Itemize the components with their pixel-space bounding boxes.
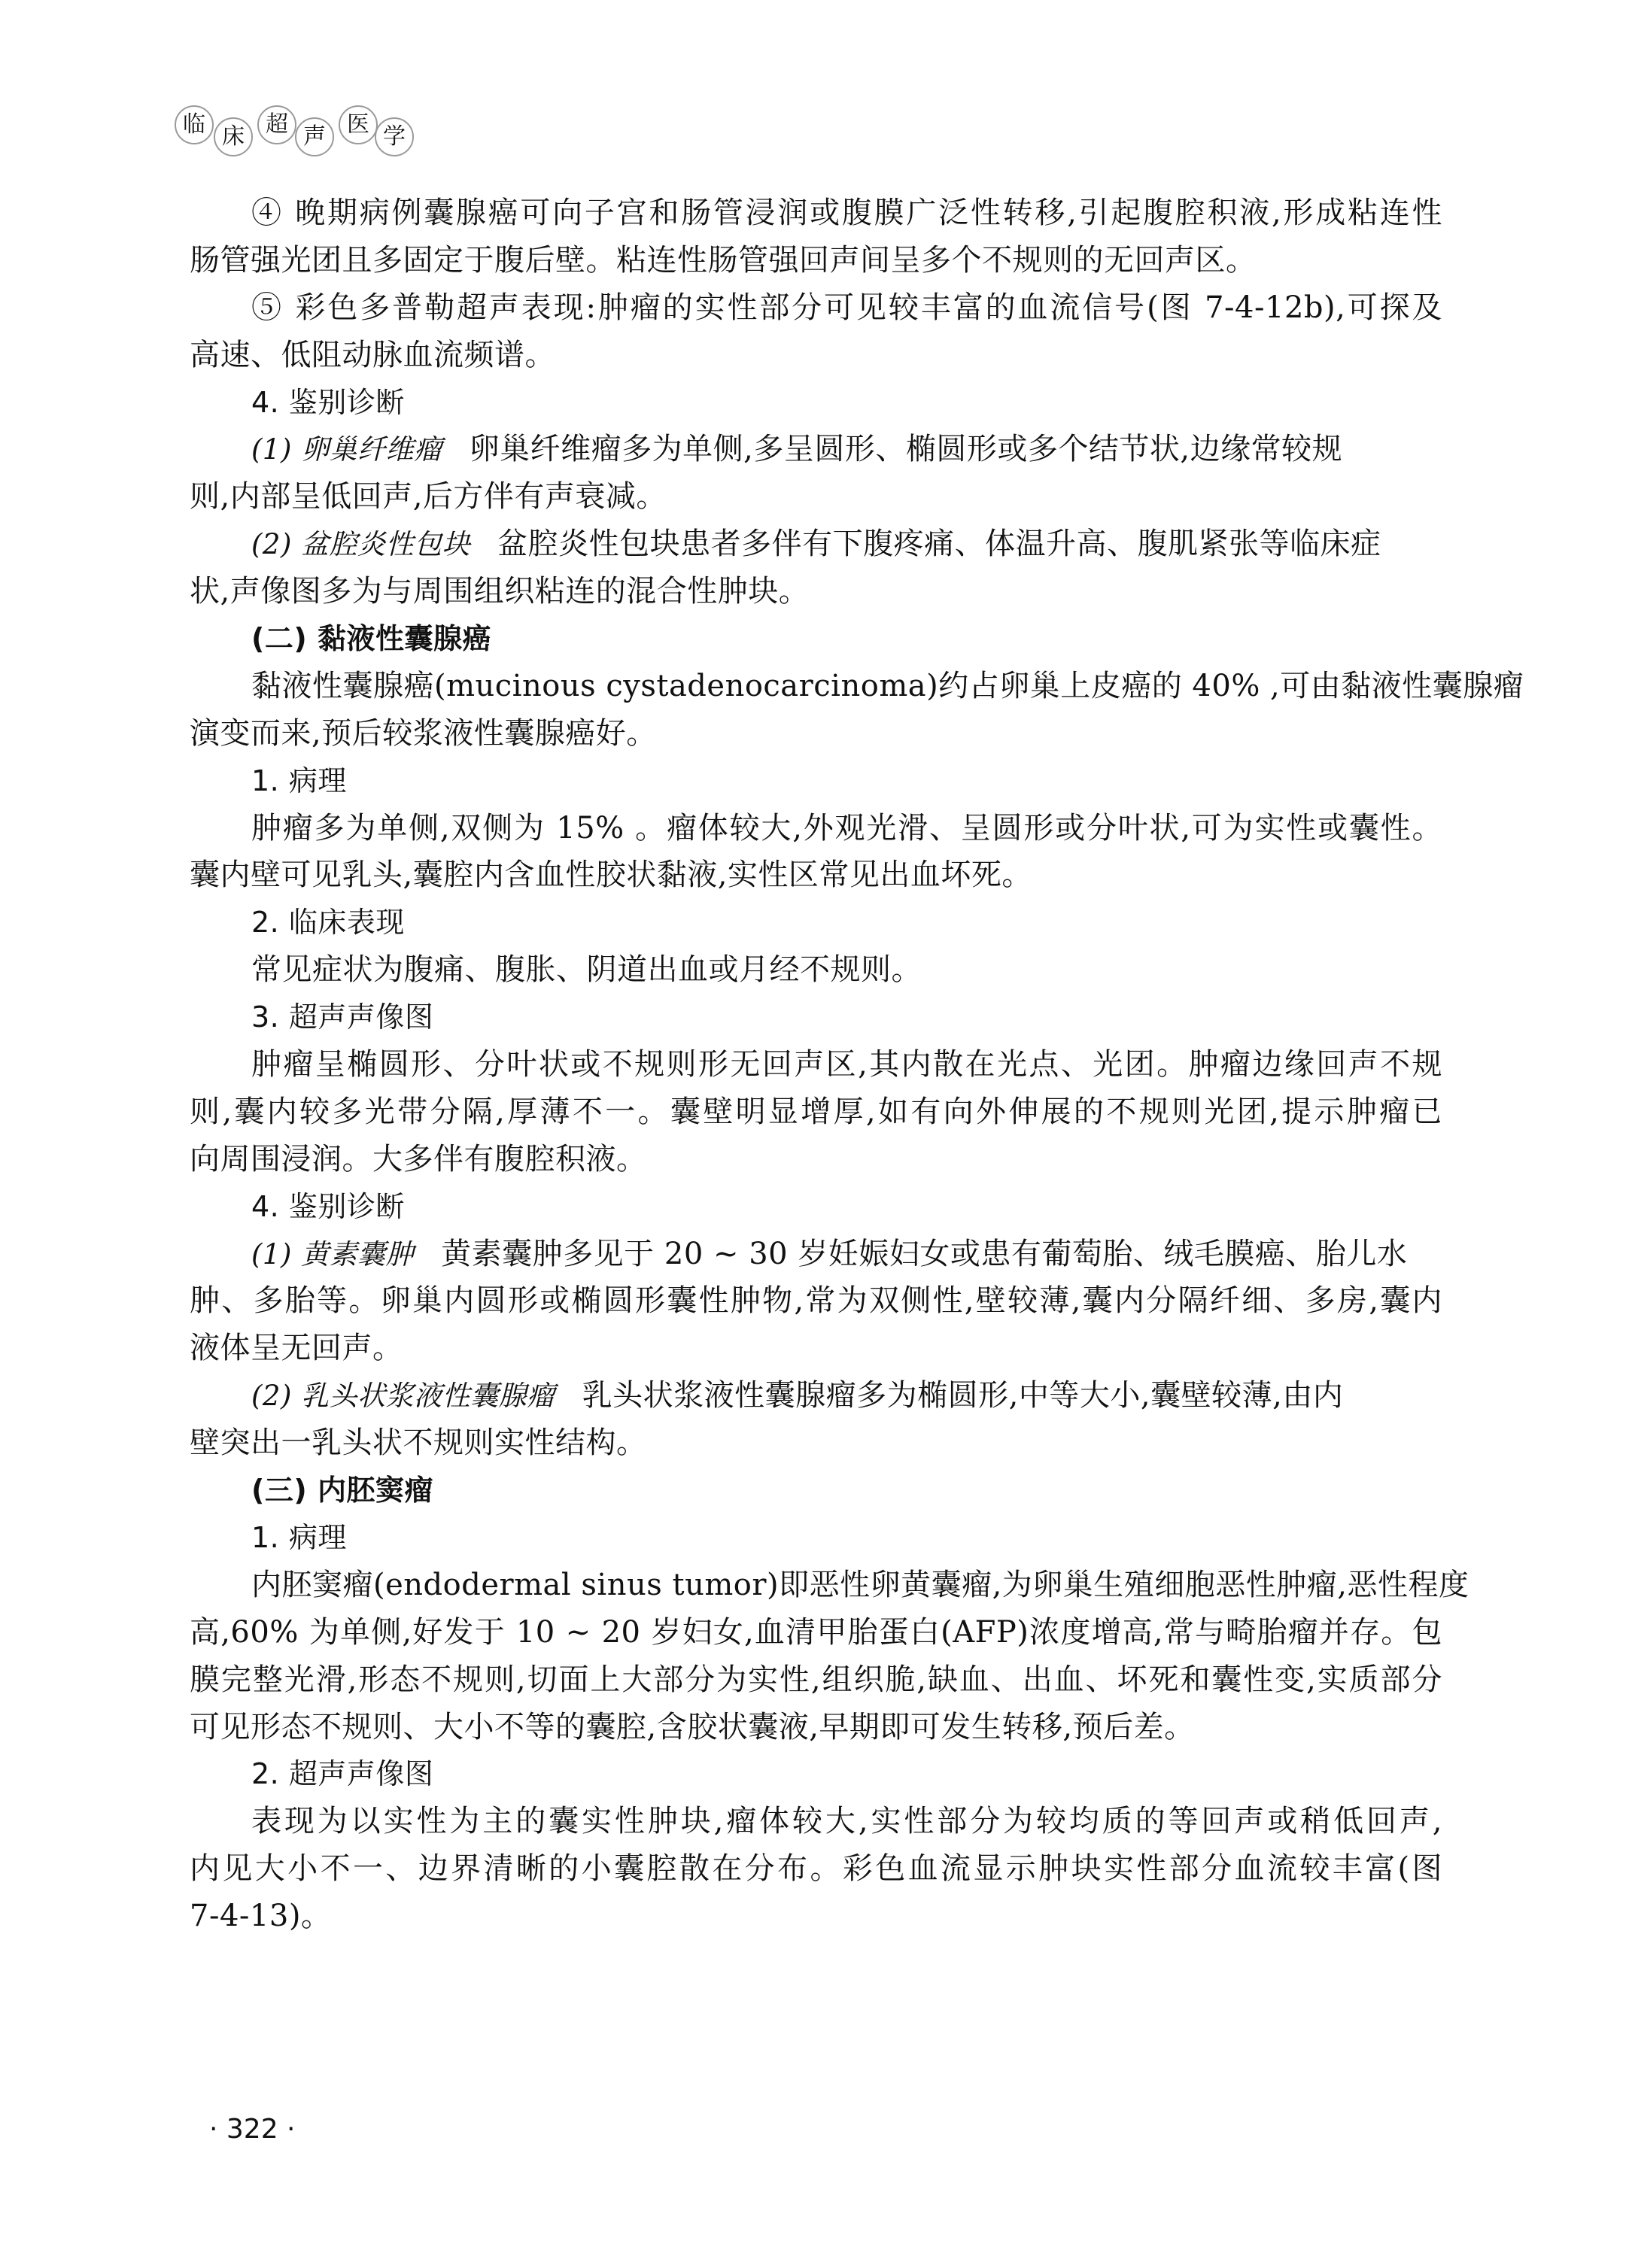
- item-label: (1) 黄素囊肿: [251, 1238, 414, 1271]
- book-title-logo: 临 床 超 声 医 学: [175, 102, 430, 165]
- section-heading-text: 1. 病理: [251, 764, 347, 797]
- paragraph-line: 演变而来,预后较浆液性囊腺癌好。: [190, 710, 1442, 758]
- paragraph-line: 表现为以实性为主的囊实性肿块,瘤体较大,实性部分为较均质的等回声或稍低回声,: [190, 1798, 1442, 1845]
- differential-item: (1) 卵巢纤维瘤卵巢纤维瘤多为单侧,多呈圆形、椭圆形或多个结节状,边缘常较规: [190, 426, 1442, 473]
- subsection-heading-text: (二) 黏液性囊腺癌: [251, 622, 491, 655]
- logo-char-circle: 学: [375, 117, 414, 156]
- logo-char-circle: 床: [214, 117, 253, 156]
- paragraph-line: 则,内部呈低回声,后方伴有声衰减。: [190, 473, 1442, 521]
- paragraph-line: 肿瘤多为单侧,双侧为 15% 。瘤体较大,外观光滑、呈圆形或分叶状,可为实性或囊…: [190, 805, 1442, 852]
- logo-char-circle: 声: [295, 117, 334, 156]
- section-heading-text: 4. 鉴别诊断: [251, 1190, 405, 1223]
- page-body-text: ④ 晚期病例囊腺癌可向子宫和肠管浸润或腹膜广泛性转移,引起腹腔积液,形成粘连性肠…: [190, 190, 1442, 1940]
- paragraph-line: 向周围浸润。大多伴有腹腔积液。: [190, 1136, 1442, 1183]
- section-heading-text: 3. 超声声像图: [251, 1000, 433, 1034]
- section-heading: 4. 鉴别诊断: [190, 379, 1442, 427]
- item-text: 乳头状浆液性囊腺瘤多为椭圆形,中等大小,囊壁较薄,由内: [582, 1378, 1344, 1413]
- paragraph-line: 高速、低阻动脉血流频谱。: [190, 332, 1442, 379]
- paragraph-line: 肠管强光团且多固定于腹后壁。粘连性肠管强回声间呈多个不规则的无回声区。: [190, 237, 1442, 284]
- section-heading-text: 2. 临床表现: [251, 906, 405, 939]
- section-heading-text: 2. 超声声像图: [251, 1757, 433, 1790]
- paragraph-line: ④ 晚期病例囊腺癌可向子宫和肠管浸润或腹膜广泛性转移,引起腹腔积液,形成粘连性: [190, 190, 1442, 237]
- paragraph-line: 7-4-13)。: [190, 1893, 1442, 1940]
- differential-item: (2) 盆腔炎性包块盆腔炎性包块患者多伴有下腹疼痛、体温升高、腹肌紧张等临床症: [190, 521, 1442, 568]
- paragraph-line: 常见症状为腹痛、腹胀、阴道出血或月经不规则。: [190, 946, 1442, 994]
- logo-char-circle: 临: [175, 105, 214, 144]
- paragraph-line: 液体呈无回声。: [190, 1325, 1442, 1372]
- paragraph-line: 可见形态不规则、大小不等的囊腔,含胶状囊液,早期即可发生转移,预后差。: [190, 1704, 1442, 1751]
- paragraph-line: 高,60% 为单侧,好发于 10 ~ 20 岁妇女,血清甲胎蛋白(AFP)浓度增…: [190, 1609, 1442, 1656]
- subsection-heading-text: (三) 内胚窦瘤: [251, 1474, 433, 1507]
- paragraph-line: ⑤ 彩色多普勒超声表现:肿瘤的实性部分可见较丰富的血流信号(图 7-4-12b)…: [190, 284, 1442, 332]
- subsection-heading: (三) 内胚窦瘤: [190, 1467, 1442, 1514]
- section-heading: 2. 超声声像图: [190, 1750, 1442, 1798]
- paragraph-line: 壁突出一乳头状不规则实性结构。: [190, 1419, 1442, 1467]
- section-heading-text: 1. 病理: [251, 1521, 347, 1554]
- paragraph-line: 黏液性囊腺癌(mucinous cystadenocarcinoma)约占卵巢上…: [190, 663, 1442, 710]
- item-label: (2) 乳头状浆液性囊腺瘤: [251, 1380, 555, 1412]
- item-text: 黄素囊肿多见于 20 ~ 30 岁妊娠妇女或患有葡萄胎、绒毛膜癌、胎儿水: [441, 1237, 1407, 1271]
- differential-item: (2) 乳头状浆液性囊腺瘤乳头状浆液性囊腺瘤多为椭圆形,中等大小,囊壁较薄,由内: [190, 1372, 1442, 1419]
- differential-item: (1) 黄素囊肿黄素囊肿多见于 20 ~ 30 岁妊娠妇女或患有葡萄胎、绒毛膜癌…: [190, 1231, 1442, 1278]
- item-label: (1) 卵巢纤维瘤: [251, 433, 442, 466]
- logo-char-circle: 超: [257, 105, 296, 144]
- page-number: · 322 ·: [209, 2114, 296, 2145]
- section-heading: 3. 超声声像图: [190, 994, 1442, 1041]
- paragraph-line: 膜完整光滑,形态不规则,切面上大部分为实性,组织脆,缺血、出血、坏死和囊性变,实…: [190, 1656, 1442, 1704]
- paragraph-line: 状,声像图多为与周围组织粘连的混合性肿块。: [190, 568, 1442, 615]
- item-text: 卵巢纤维瘤多为单侧,多呈圆形、椭圆形或多个结节状,边缘常较规: [470, 432, 1342, 466]
- section-heading: 2. 临床表现: [190, 899, 1442, 946]
- section-heading: 4. 鉴别诊断: [190, 1183, 1442, 1231]
- section-heading-text: 4. 鉴别诊断: [251, 386, 405, 419]
- paragraph-line: 肿瘤呈椭圆形、分叶状或不规则形无回声区,其内散在光点、光团。肿瘤边缘回声不规: [190, 1041, 1442, 1088]
- section-heading: 1. 病理: [190, 1514, 1442, 1562]
- logo-char-circle: 医: [339, 105, 378, 144]
- item-label: (2) 盆腔炎性包块: [251, 528, 470, 560]
- paragraph-line: 肿、多胎等。卵巢内圆形或椭圆形囊性肿物,常为双侧性,壁较薄,囊内分隔纤细、多房,…: [190, 1277, 1442, 1325]
- paragraph-line: 内见大小不一、边界清晰的小囊腔散在分布。彩色血流显示肿块实性部分血流较丰富(图: [190, 1845, 1442, 1893]
- paragraph-line: 囊内壁可见乳头,囊腔内含血性胶状黏液,实性区常见出血坏死。: [190, 852, 1442, 899]
- paragraph-line: 则,囊内较多光带分隔,厚薄不一。囊壁明显增厚,如有向外伸展的不规则光团,提示肿瘤…: [190, 1088, 1442, 1136]
- paragraph-line: 内胚窦瘤(endodermal sinus tumor)即恶性卵黄囊瘤,为卵巢生…: [190, 1562, 1442, 1609]
- section-heading: 1. 病理: [190, 758, 1442, 805]
- subsection-heading: (二) 黏液性囊腺癌: [190, 615, 1442, 663]
- item-text: 盆腔炎性包块患者多伴有下腹疼痛、体温升高、腹肌紧张等临床症: [497, 527, 1381, 561]
